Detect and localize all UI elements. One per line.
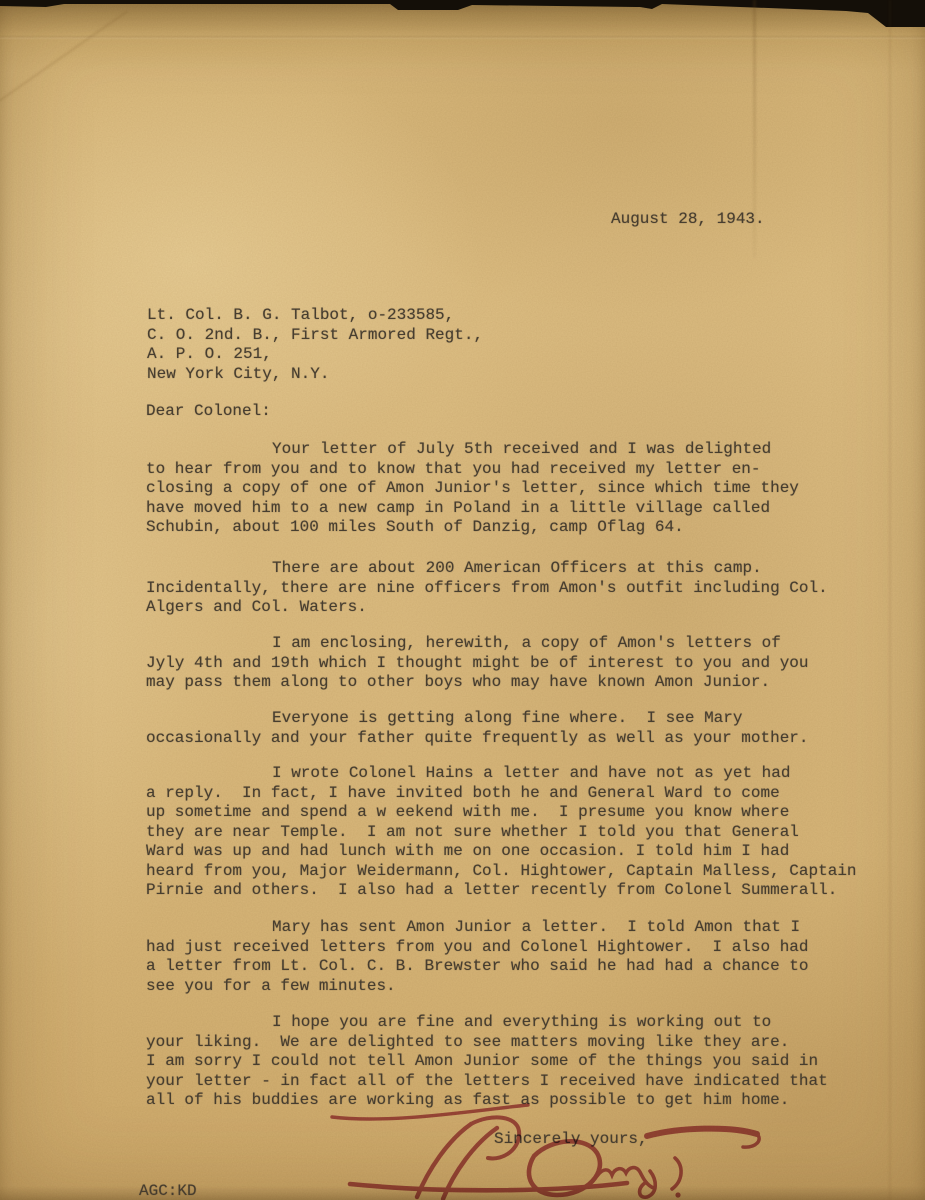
recipient-address-block: Lt. Col. B. G. Talbot, o-233585, C. O. 2…: [147, 306, 483, 384]
letter-date: August 28, 1943.: [611, 210, 765, 230]
paragraph-7: I hope you are fine and everything is wo…: [146, 1013, 886, 1111]
paper-crease-vertical: [889, 0, 891, 1200]
scanned-letter-page: August 28, 1943. Lt. Col. B. G. Talbot, …: [0, 0, 925, 1200]
paragraph-3: I am enclosing, herewith, a copy of Amon…: [146, 634, 886, 693]
typist-initials: AGC:KD: [139, 1182, 197, 1200]
closing-phrase: Sincerely yours,: [494, 1130, 648, 1150]
paragraph-6: Mary has sent Amon Junior a letter. I to…: [146, 918, 886, 996]
paragraph-1: Your letter of July 5th received and I w…: [146, 440, 886, 538]
paragraph-5: I wrote Colonel Hains a letter and have …: [146, 764, 886, 901]
salutation: Dear Colonel:: [146, 402, 271, 422]
paragraph-4: Everyone is getting along fine where. I …: [146, 709, 886, 748]
paragraph-2: There are about 200 American Officers at…: [146, 559, 886, 618]
